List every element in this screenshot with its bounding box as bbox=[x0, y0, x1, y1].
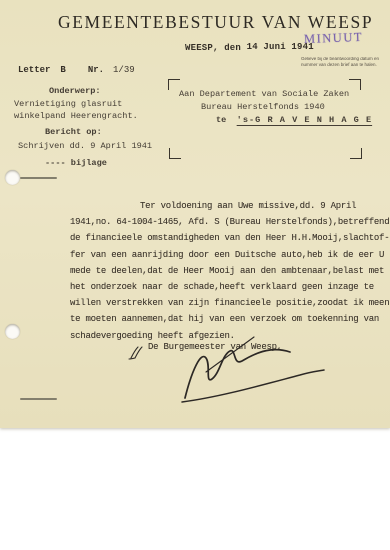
signature-strokes bbox=[182, 337, 324, 402]
signature bbox=[0, 0, 390, 428]
letter-paper: GEMEENTEBESTUUR VAN WEESP WEESP, den 14 … bbox=[0, 0, 390, 428]
scan-background: GEMEENTEBESTUUR VAN WEESP WEESP, den 14 … bbox=[0, 0, 390, 550]
paraaf-mark bbox=[129, 347, 142, 359]
pencil-mark bbox=[20, 398, 57, 400]
